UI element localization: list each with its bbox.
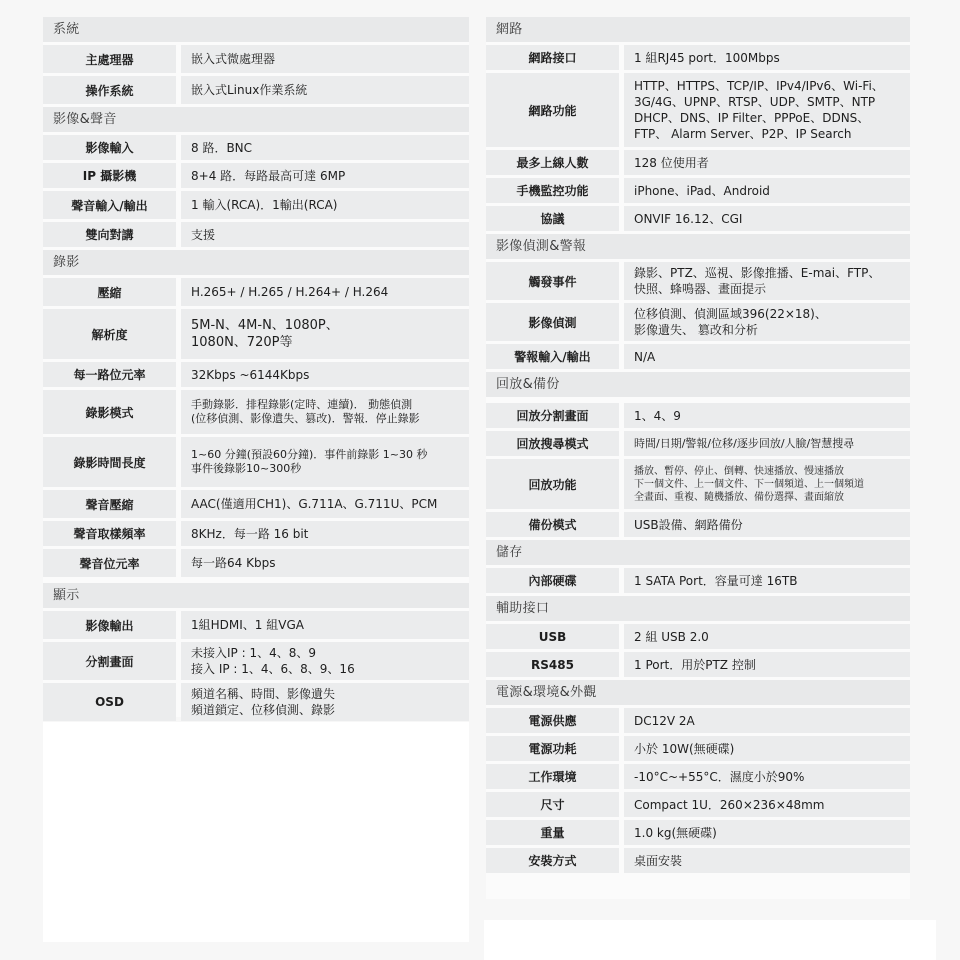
spec-row: 影像輸出 1組HDMI、1 組VGA [43, 611, 469, 639]
spec-panel-right: 網路 網路接口 1 組RJ45 port．100Mbps 網路功能 HTTP、H… [486, 17, 910, 899]
spec-value: ONVIF 16.12、CGI [624, 206, 910, 231]
spec-label: 觸發事件 [486, 262, 619, 300]
spec-label: 備份模式 [486, 512, 619, 537]
section-title-power-env: 電源&環境&外觀 [486, 680, 910, 705]
spec-label: 錄影時間長度 [43, 437, 176, 487]
spec-row: 回放分割畫面 1、4、9 [486, 403, 910, 428]
spec-value: 1 Port．用於PTZ 控制 [624, 652, 910, 677]
spec-value: N/A [624, 344, 910, 369]
spec-row: 主處理器 嵌入式微處理器 [43, 45, 469, 73]
spec-value: 32Kbps ~6144Kbps [181, 362, 469, 387]
blank-area [43, 722, 469, 942]
spec-row: 壓縮 H.265+ / H.265 / H.264+ / H.264 [43, 278, 469, 306]
spec-value: 1.0 kg(無硬碟) [624, 820, 910, 845]
spec-row: 聲音壓縮 AAC(僅適用CH1)、G.711A、G.711U、PCM [43, 490, 469, 518]
spec-label: 警報輸入/輸出 [486, 344, 619, 369]
spec-value: 每一路64 Kbps [181, 549, 469, 577]
spec-value: iPhone、iPad、Android [624, 178, 910, 203]
spec-label: 聲音位元率 [43, 549, 176, 577]
spec-value: HTTP、HTTPS、TCP/IP、IPv4/IPv6、Wi-Fi、 3G/4G… [624, 73, 910, 147]
spec-label: 回放功能 [486, 459, 619, 509]
spec-label: 回放搜尋模式 [486, 431, 619, 456]
spec-row: 雙向對講 支援 [43, 222, 469, 247]
spec-value: H.265+ / H.265 / H.264+ / H.264 [181, 278, 469, 306]
spec-label: 壓縮 [43, 278, 176, 306]
spec-value: 1 輸入(RCA)．1輸出(RCA) [181, 191, 469, 219]
spec-label: 操作系統 [43, 76, 176, 104]
spec-value: 1~60 分鐘(預設60分鐘)．事件前錄影 1~30 秒 事件後錄影10~300… [181, 437, 469, 487]
spec-row: IP 攝影機 8+4 路．每路最高可達 6MP [43, 163, 469, 188]
spec-value: 播放、暫停、停止、倒轉、快速播放、慢速播放 下一個文件、上一個文件、下一個頻道、… [624, 459, 910, 509]
spec-label: 網路功能 [486, 73, 619, 147]
spec-value: 1 SATA Port．容量可達 16TB [624, 568, 910, 593]
spec-label: 影像輸出 [43, 611, 176, 639]
spec-value: 1 組RJ45 port．100Mbps [624, 45, 910, 70]
spec-label: 網路接口 [486, 45, 619, 70]
section-title-aux-ports: 輔助接口 [486, 596, 910, 621]
spec-value: 手動錄影．排程錄影(定時、連續)． 動態偵測 (位移偵測、影像遺失、篡改)．警報… [181, 390, 469, 434]
section-title-playback-backup: 回放&備份 [486, 372, 910, 397]
spec-value: 位移偵測、偵測區域396(22×18)、 影像遺失、 篡改和分析 [624, 303, 910, 341]
spec-label: 主處理器 [43, 45, 176, 73]
spec-row: 網路接口 1 組RJ45 port．100Mbps [486, 45, 910, 70]
spec-row: 重量 1.0 kg(無硬碟) [486, 820, 910, 845]
spec-row: 手機監控功能 iPhone、iPad、Android [486, 178, 910, 203]
spec-label: USB [486, 624, 619, 649]
spec-label: 內部硬碟 [486, 568, 619, 593]
section-title-detection-alarm: 影像偵測&警報 [486, 234, 910, 259]
spec-label: 聲音壓縮 [43, 490, 176, 518]
spec-label: 每一路位元率 [43, 362, 176, 387]
spec-label: 影像偵測 [486, 303, 619, 341]
spec-label: IP 攝影機 [43, 163, 176, 188]
spec-label: 尺寸 [486, 792, 619, 817]
spec-value: DC12V 2A [624, 708, 910, 733]
spec-row: USB 2 組 USB 2.0 [486, 624, 910, 649]
spec-value: 128 位使用者 [624, 150, 910, 175]
spec-row: 聲音輸入/輸出 1 輸入(RCA)．1輸出(RCA) [43, 191, 469, 219]
spec-value: 桌面安裝 [624, 848, 910, 873]
spec-panel-left: 系統 主處理器 嵌入式微處理器 操作系統 嵌入式Linux作業系統 影像&聲音 … [43, 17, 469, 717]
spec-label: 電源功耗 [486, 736, 619, 761]
spec-row: 警報輸入/輸出 N/A [486, 344, 910, 369]
spec-value: USB設備、網路備份 [624, 512, 910, 537]
spec-row: 網路功能 HTTP、HTTPS、TCP/IP、IPv4/IPv6、Wi-Fi、 … [486, 73, 910, 147]
spec-value: 1、4、9 [624, 403, 910, 428]
spec-row: 錄影時間長度 1~60 分鐘(預設60分鐘)．事件前錄影 1~30 秒 事件後錄… [43, 437, 469, 487]
spec-label: 協議 [486, 206, 619, 231]
spec-row: 備份模式 USB設備、網路備份 [486, 512, 910, 537]
spec-label: 分割畫面 [43, 642, 176, 680]
spec-value: 錄影、PTZ、巡視、影像推播、E-mai、FTP、 快照、蜂鳴器、畫面提示 [624, 262, 910, 300]
spec-row: 操作系統 嵌入式Linux作業系統 [43, 76, 469, 104]
spec-row: OSD 頻道名稱、時間、影像遺失 頻道鎖定、位移偵測、錄影 [43, 683, 469, 721]
spec-row: 錄影模式 手動錄影．排程錄影(定時、連續)． 動態偵測 (位移偵測、影像遺失、篡… [43, 390, 469, 434]
spec-row: 內部硬碟 1 SATA Port．容量可達 16TB [486, 568, 910, 593]
spec-row: 最多上線人數 128 位使用者 [486, 150, 910, 175]
spec-value: 嵌入式微處理器 [181, 45, 469, 73]
spec-value: 頻道名稱、時間、影像遺失 頻道鎖定、位移偵測、錄影 [181, 683, 469, 721]
spec-row: 影像輸入 8 路．BNC [43, 135, 469, 160]
spec-label: 手機監控功能 [486, 178, 619, 203]
section-title-recording: 錄影 [43, 250, 469, 275]
spec-label: 聲音取樣頻率 [43, 521, 176, 546]
spec-label: 雙向對講 [43, 222, 176, 247]
spec-value: 1組HDMI、1 組VGA [181, 611, 469, 639]
spec-value: 嵌入式Linux作業系統 [181, 76, 469, 104]
spec-row: 每一路位元率 32Kbps ~6144Kbps [43, 362, 469, 387]
spec-label: RS485 [486, 652, 619, 677]
blank-area [484, 920, 936, 960]
section-title-system: 系統 [43, 17, 469, 42]
spec-row: 尺寸 Compact 1U．260×236×48mm [486, 792, 910, 817]
spec-row: 電源供應 DC12V 2A [486, 708, 910, 733]
spec-label: 安裝方式 [486, 848, 619, 873]
spec-value: 5M-N、4M-N、1080P、 1080N、720P等 [181, 309, 469, 359]
spec-value: 8+4 路．每路最高可達 6MP [181, 163, 469, 188]
spec-row: 影像偵測 位移偵測、偵測區域396(22×18)、 影像遺失、 篡改和分析 [486, 303, 910, 341]
spec-value: 小於 10W(無硬碟) [624, 736, 910, 761]
spec-label: 影像輸入 [43, 135, 176, 160]
section-title-video-audio: 影像&聲音 [43, 107, 469, 132]
spec-row: 聲音位元率 每一路64 Kbps [43, 549, 469, 577]
spec-row: 解析度 5M-N、4M-N、1080P、 1080N、720P等 [43, 309, 469, 359]
section-title-network: 網路 [486, 17, 910, 42]
spec-row: 觸發事件 錄影、PTZ、巡視、影像推播、E-mai、FTP、 快照、蜂鳴器、畫面… [486, 262, 910, 300]
spec-row: 回放功能 播放、暫停、停止、倒轉、快速播放、慢速播放 下一個文件、上一個文件、下… [486, 459, 910, 509]
spec-row: 聲音取樣頻率 8KHz．每一路 16 bit [43, 521, 469, 546]
spec-value: 時間/日期/警報/位移/逐步回放/人臉/智慧搜尋 [624, 431, 910, 456]
spec-row: 安裝方式 桌面安裝 [486, 848, 910, 873]
spec-label: 最多上線人數 [486, 150, 619, 175]
spec-row: 回放搜尋模式 時間/日期/警報/位移/逐步回放/人臉/智慧搜尋 [486, 431, 910, 456]
spec-value: 2 組 USB 2.0 [624, 624, 910, 649]
spec-value: 支援 [181, 222, 469, 247]
spec-label: 電源供應 [486, 708, 619, 733]
spec-value: -10°C~+55°C．濕度小於90% [624, 764, 910, 789]
spec-label: 錄影模式 [43, 390, 176, 434]
spec-label: 解析度 [43, 309, 176, 359]
spec-label: OSD [43, 683, 176, 721]
spec-value: 8KHz．每一路 16 bit [181, 521, 469, 546]
spec-label: 重量 [486, 820, 619, 845]
spec-value: 8 路．BNC [181, 135, 469, 160]
spec-value: AAC(僅適用CH1)、G.711A、G.711U、PCM [181, 490, 469, 518]
section-title-display: 顯示 [43, 583, 469, 608]
spec-row: 分割畫面 未接入IP : 1、4、8、9 接入 IP : 1、4、6、8、9、1… [43, 642, 469, 680]
spec-row: 協議 ONVIF 16.12、CGI [486, 206, 910, 231]
section-title-storage: 儲存 [486, 540, 910, 565]
spec-row: RS485 1 Port．用於PTZ 控制 [486, 652, 910, 677]
spec-label: 回放分割畫面 [486, 403, 619, 428]
spec-value: 未接入IP : 1、4、8、9 接入 IP : 1、4、6、8、9、16 [181, 642, 469, 680]
spec-label: 聲音輸入/輸出 [43, 191, 176, 219]
spec-value: Compact 1U．260×236×48mm [624, 792, 910, 817]
spec-row: 工作環境 -10°C~+55°C．濕度小於90% [486, 764, 910, 789]
spec-row: 電源功耗 小於 10W(無硬碟) [486, 736, 910, 761]
spec-label: 工作環境 [486, 764, 619, 789]
